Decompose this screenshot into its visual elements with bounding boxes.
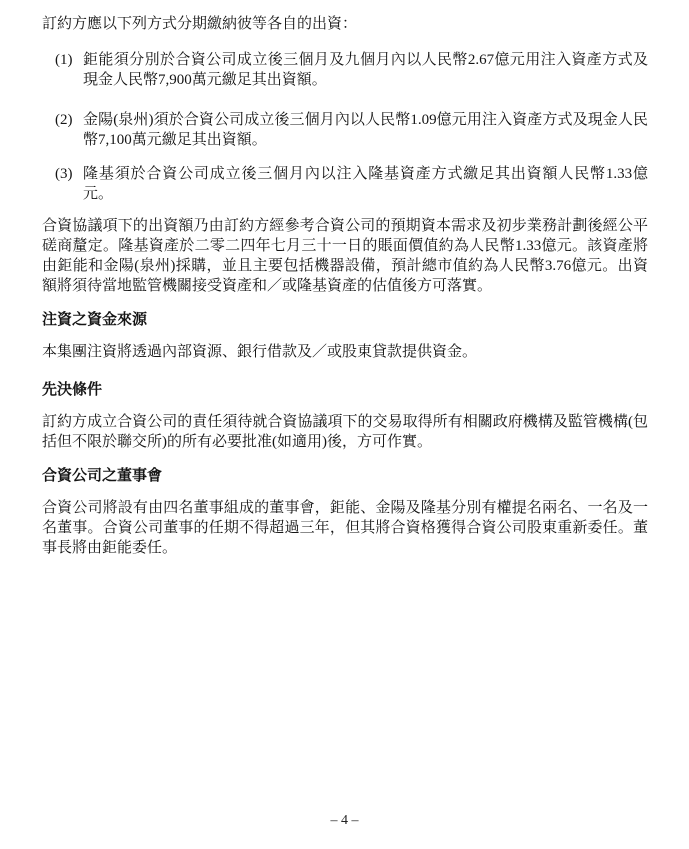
list-item-marker: (2) [55,110,73,130]
intro-paragraph: 訂約方應以下列方式分期繳納彼等各自的出資： [42,14,648,34]
section-heading-conditions-precedent: 先決條件 [42,380,648,400]
list-item-marker: (3) [55,164,73,184]
section-heading-board-of-directors: 合資公司之董事會 [42,466,648,486]
capital-determination-paragraph: 合資協議項下的出資額乃由訂約方經參考合資公司的預期資本需求及初步業務計劃後經公平… [42,216,648,296]
list-item-text: 鉅能須分別於合資公司成立後三個月及九個月內以人民幣2.67億元用注入資產方式及現… [83,52,648,88]
document-content: 訂約方應以下列方式分期繳納彼等各自的出資： (1) 鉅能須分別於合資公司成立後三… [0,0,689,558]
list-item: (2) 金陽(泉州)須於合資公司成立後三個月內以人民幣1.09億元用注入資產方式… [42,110,648,150]
list-item-text: 金陽(泉州)須於合資公司成立後三個月內以人民幣1.09億元用注入資產方式及現金人… [83,112,648,148]
list-item: (1) 鉅能須分別於合資公司成立後三個月及九個月內以人民幣2.67億元用注入資產… [42,50,648,90]
section-body-funding-source: 本集團注資將透過內部資源、銀行借款及／或股東貸款提供資金。 [42,342,648,362]
contribution-list: (1) 鉅能須分別於合資公司成立後三個月及九個月內以人民幣2.67億元用注入資產… [42,50,648,204]
list-item-text: 隆基須於合資公司成立後三個月內以注入隆基資產方式繳足其出資額人民幣1.33億元。 [83,166,648,202]
section-body-conditions-precedent: 訂約方成立合資公司的責任須待就合資協議項下的交易取得所有相關政府機構及監管機構(… [42,412,648,452]
section-heading-funding-source: 注資之資金來源 [42,310,648,330]
document-page: 訂約方應以下列方式分期繳納彼等各自的出資： (1) 鉅能須分別於合資公司成立後三… [0,0,689,849]
page-number: – 4 – [0,811,689,831]
list-item-marker: (1) [55,50,73,70]
section-body-board-of-directors: 合資公司將設有由四名董事組成的董事會，鉅能、金陽及隆基分別有權提名兩名、一名及一… [42,498,648,558]
list-item: (3) 隆基須於合資公司成立後三個月內以注入隆基資產方式繳足其出資額人民幣1.3… [42,164,648,204]
